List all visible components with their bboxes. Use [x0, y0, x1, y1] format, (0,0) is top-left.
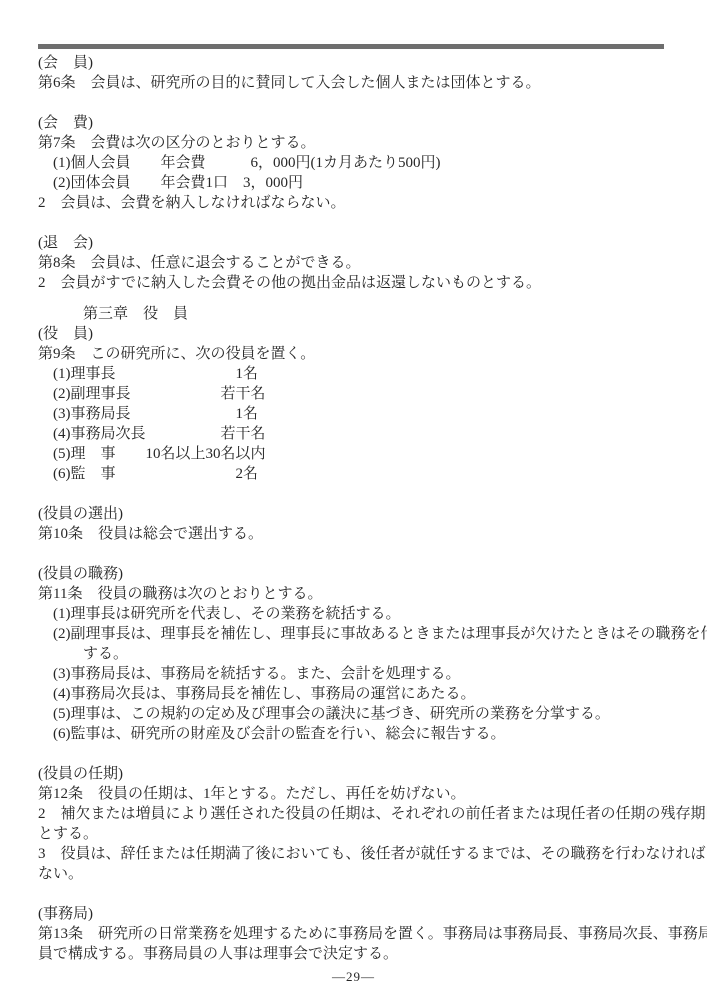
- article-12-para-3: 3 役員は、辞任または任期満了後においても、後任者が就任するまでは、その職務を行…: [38, 844, 669, 864]
- heading-withdrawal: (退 会): [38, 233, 669, 253]
- article-12-para-3-cont: ない。: [38, 864, 669, 884]
- article-10-text: 第10条 役員は総会で選出する。: [38, 524, 669, 544]
- article-12-para-2: 2 補欠または増員により選任された役員の任期は、それぞれの前任者または現任者の任…: [38, 804, 669, 824]
- section-secretariat: (事務局) 第13条 研究所の日常業務を処理するために事務局を置く。事務局は事務…: [38, 904, 669, 964]
- heading-officer-duties: (役員の職務): [38, 564, 669, 584]
- section-officer-election: (役員の選出) 第10条 役員は総会で選出する。: [38, 504, 669, 544]
- header-rule: [38, 44, 664, 49]
- article-12-text: 第12条 役員の任期は、1年とする。ただし、再任を妨げない。: [38, 784, 669, 804]
- section-withdrawal: (退 会) 第8条 会員は、任意に退会することができる。 2 会員がすでに納入し…: [38, 233, 669, 293]
- article-9-item-4: (4)事務局次長 若干名: [38, 424, 669, 444]
- article-11-item-1: (1)理事長は研究所を代表し、その業務を統括する。: [38, 604, 669, 624]
- article-7-para-2: 2 会員は、会費を納入しなければならない。: [38, 193, 669, 213]
- section-officer-term: (役員の任期) 第12条 役員の任期は、1年とする。ただし、再任を妨げない。 2…: [38, 764, 669, 884]
- article-7-text: 第7条 会費は次の区分のとおりとする。: [38, 133, 669, 153]
- article-7-item-1: (1)個人会員 年会費 6，000円(1カ月あたり500円): [38, 153, 669, 173]
- page-footer: ―29―: [0, 968, 707, 986]
- article-13-text-cont: 員で構成する。事務局員の人事は理事会で決定する。: [38, 944, 669, 964]
- heading-members: (会 員): [38, 53, 669, 73]
- section-members: (会 員) 第6条 会員は、研究所の目的に賛同して入会した個人または団体とする。: [38, 53, 669, 93]
- article-9-item-6: (6)監 事 2名: [38, 464, 669, 484]
- section-fees: (会 費) 第7条 会費は次の区分のとおりとする。 (1)個人会員 年会費 6，…: [38, 113, 669, 213]
- article-11-item-2: (2)副理事長は、理事長を補佐し、理事長に事故あるときまたは理事長が欠けたときは…: [38, 624, 669, 644]
- heading-fees: (会 費): [38, 113, 669, 133]
- article-9-item-3: (3)事務局長 1名: [38, 404, 669, 424]
- article-8-text: 第8条 会員は、任意に退会することができる。: [38, 253, 669, 273]
- article-11-item-3: (3)事務局長は、事務局を統括する。また、会計を処理する。: [38, 664, 669, 684]
- article-11-item-6: (6)監事は、研究所の財産及び会計の監査を行い、総会に報告する。: [38, 724, 669, 744]
- article-6-text: 第6条 会員は、研究所の目的に賛同して入会した個人または団体とする。: [38, 73, 669, 93]
- article-9-text: 第9条 この研究所に、次の役員を置く。: [38, 344, 669, 364]
- article-13-text: 第13条 研究所の日常業務を処理するために事務局を置く。事務局は事務局長、事務局…: [38, 924, 669, 944]
- heading-secretariat: (事務局): [38, 904, 669, 924]
- document-page: (会 員) 第6条 会員は、研究所の目的に賛同して入会した個人または団体とする。…: [0, 0, 707, 1000]
- heading-officer-term: (役員の任期): [38, 764, 669, 784]
- page-number: ―29―: [332, 969, 375, 984]
- heading-officer-election: (役員の選出): [38, 504, 669, 524]
- document-content: (会 員) 第6条 会員は、研究所の目的に賛同して入会した個人または団体とする。…: [38, 44, 669, 964]
- section-officer-duties: (役員の職務) 第11条 役員の職務は次のとおりとする。 (1)理事長は研究所を…: [38, 564, 669, 744]
- article-12-para-2-cont: とする。: [38, 824, 669, 844]
- article-9-item-1: (1)理事長 1名: [38, 364, 669, 384]
- article-11-item-2-cont: する。: [38, 644, 669, 664]
- article-8-para-2: 2 会員がすでに納入した会費その他の拠出金品は返還しないものとする。: [38, 273, 669, 293]
- article-9-item-2: (2)副理事長 若干名: [38, 384, 669, 404]
- article-7-item-2: (2)団体会員 年会費1口 3，000円: [38, 173, 669, 193]
- article-11-item-4: (4)事務局次長は、事務局長を補佐し、事務局の運営にあたる。: [38, 684, 669, 704]
- chapter-3-heading: 第三章 役 員: [38, 304, 669, 324]
- heading-officers: (役 員): [38, 324, 669, 344]
- article-11-text: 第11条 役員の職務は次のとおりとする。: [38, 584, 669, 604]
- section-chapter3-officers: 第三章 役 員 (役 員) 第9条 この研究所に、次の役員を置く。 (1)理事長…: [38, 304, 669, 484]
- article-11-item-5: (5)理事は、この規約の定め及び理事会の議決に基づき、研究所の業務を分掌する。: [38, 704, 669, 724]
- article-9-item-5: (5)理 事 10名以上30名以内: [38, 444, 669, 464]
